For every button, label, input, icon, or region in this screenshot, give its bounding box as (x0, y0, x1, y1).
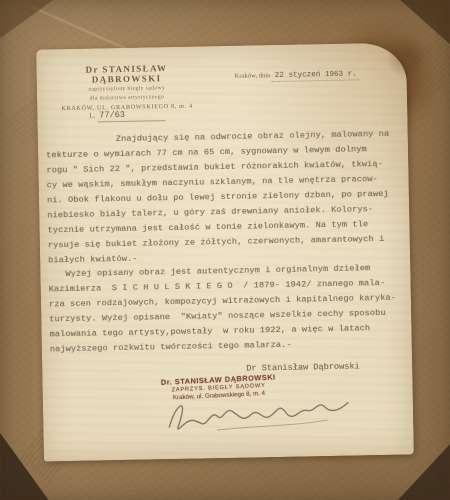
signature-ink-stroke (159, 384, 356, 440)
letterhead-name: Dr STANISŁAW DĄBROWSKI (50, 62, 202, 85)
reference-label: L. (89, 111, 95, 119)
letter-paper: Dr STANISŁAW DĄBROWSKI zaprzysiężony bie… (36, 42, 414, 461)
letterhead-subtitle-2: dla malarstwa artystycznego (51, 93, 203, 103)
reference-number: L. 77/63 (89, 109, 165, 122)
body-paragraph-1: Znajdujący się na odwrocie obraz olejny,… (46, 127, 399, 269)
photo-corner-top-left (0, 0, 56, 40)
dateline-typed-date: 22 styczeń 1963 r. (272, 70, 360, 82)
handwritten-signature (159, 384, 356, 445)
reference-typed-value: 77/63 (97, 109, 165, 122)
letterhead: Dr STANISŁAW DĄBROWSKI zaprzysiężony bie… (50, 62, 203, 112)
letterhead-subtitle-1: zaprzysiężony biegły sądowy (51, 84, 203, 94)
body-paragraph-2: Wyżej opisany obraz jest autentycznym i … (48, 261, 400, 358)
dateline-label: Kraków, dnia (235, 72, 271, 80)
dateline: Kraków, dnia 22 styczeń 1963 r. (235, 70, 360, 80)
photographed-document: Dr STANISŁAW DĄBROWSKI zaprzysiężony bie… (0, 0, 450, 500)
typed-signoff-name: Dr Stanisław Dąbrowski (246, 361, 360, 373)
